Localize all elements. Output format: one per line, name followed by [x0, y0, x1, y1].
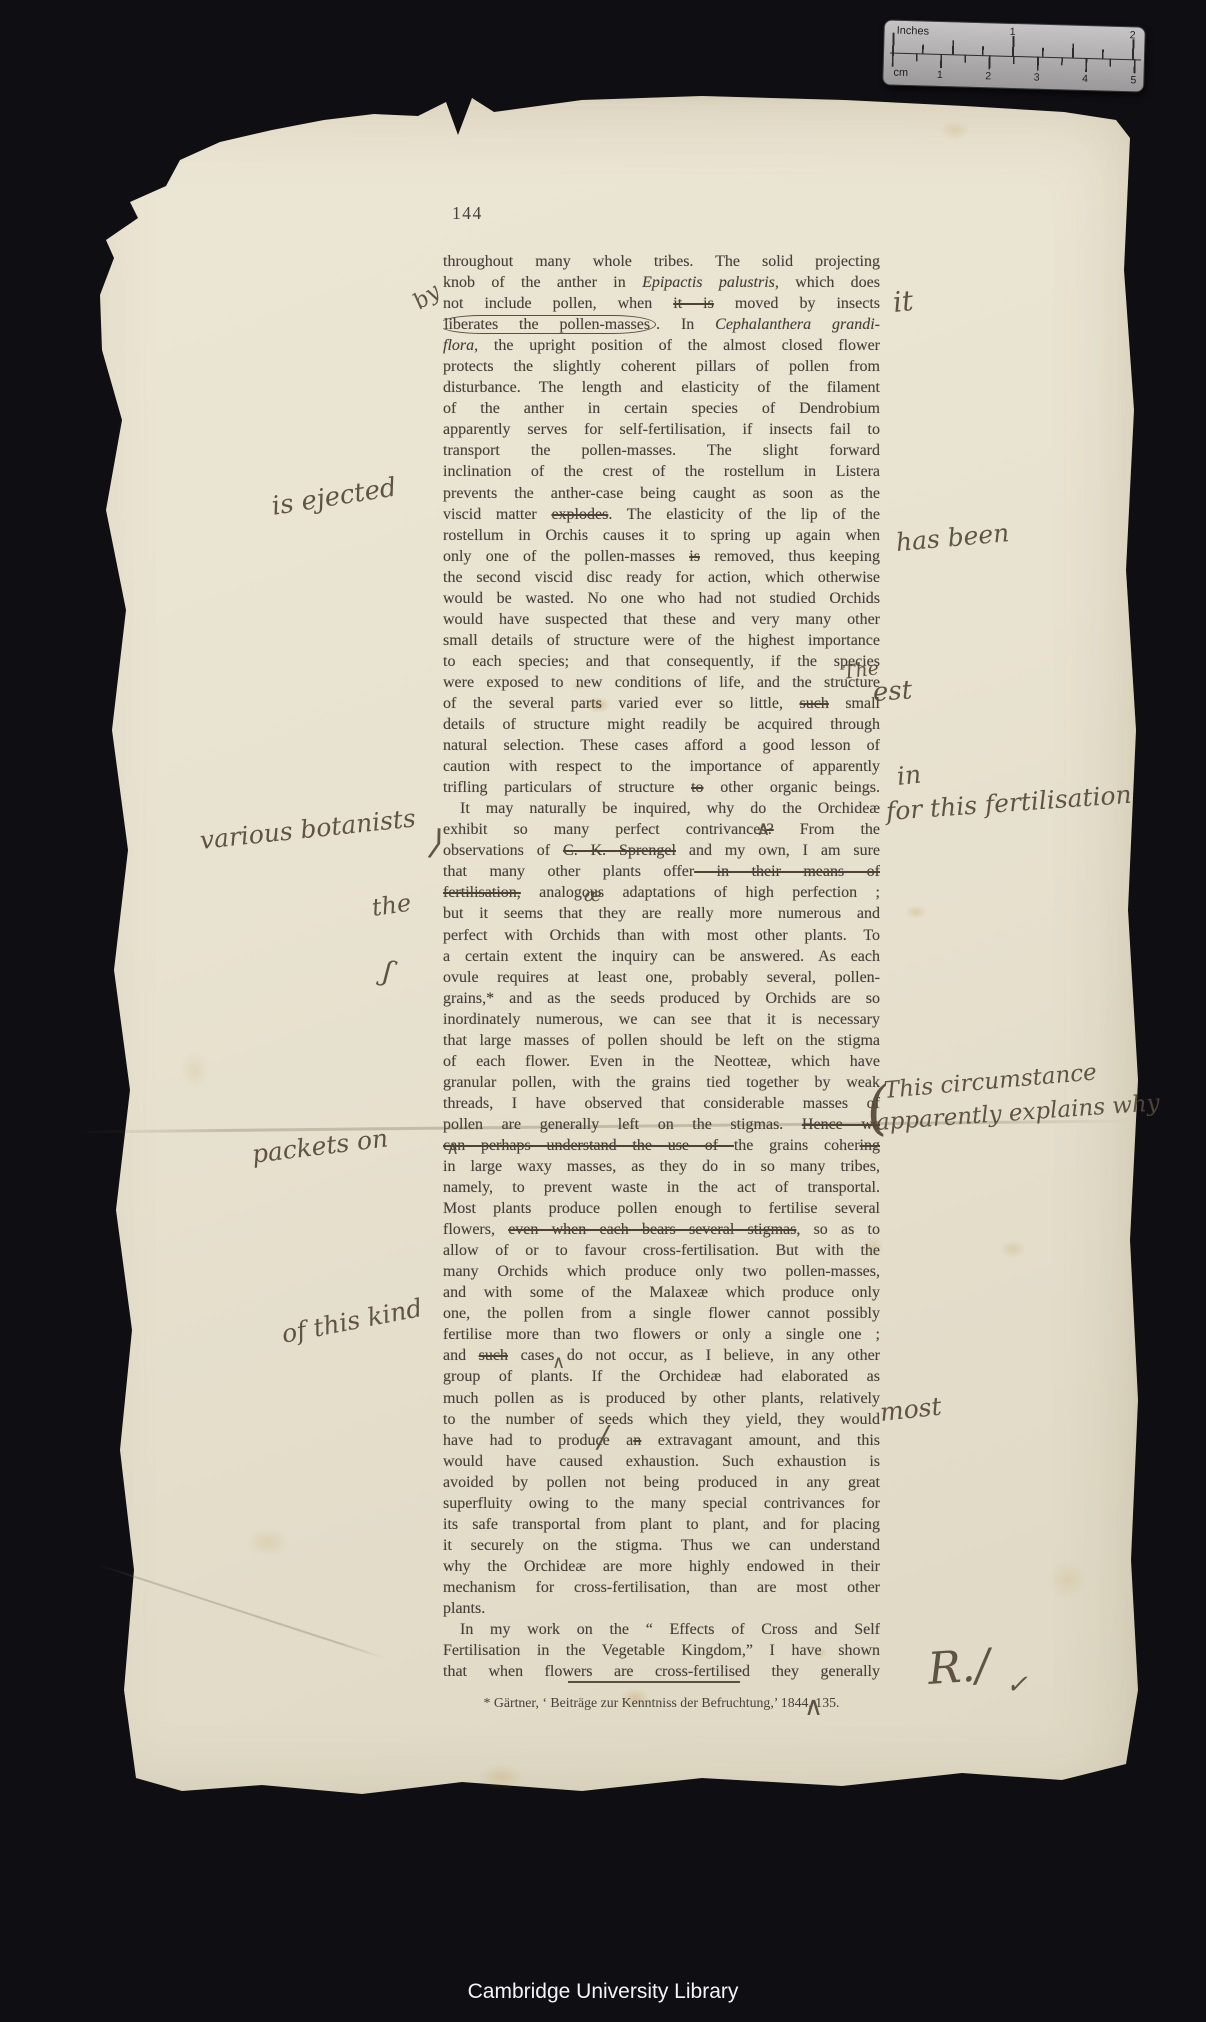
print-line: inclination of the crest of the rostellu…	[443, 461, 880, 482]
italic-text: Epipactis palustris	[642, 274, 775, 291]
print-line: natural selection. These cases afford a …	[443, 735, 880, 756]
print-text: to each species; and that consequently, …	[443, 653, 880, 670]
print-text: much pollen as is produced by other plan…	[443, 1390, 880, 1407]
print-text: threads, I have observed that considerab…	[443, 1095, 880, 1112]
print-text: not include pollen, when	[443, 295, 673, 312]
print-line: apparently serves for self-fertilisation…	[443, 419, 880, 440]
print-text: natural selection. These cases afford a …	[443, 737, 880, 754]
print-line: Most plants produce pollen enough to fer…	[443, 1198, 880, 1219]
stain	[478, 1764, 524, 1790]
print-line: but it seems that they are really more n…	[443, 903, 880, 924]
print-text: From the	[774, 821, 880, 838]
struck-text: it is	[673, 295, 714, 312]
printed-text-block: throughout many whole tribes. The solid …	[443, 251, 880, 1682]
ruler-cm-number: 3	[1034, 72, 1040, 84]
print-line: fertilise more than two flowers or only …	[443, 1324, 880, 1345]
print-line: small details of structure were of the h…	[443, 630, 880, 651]
print-line: viscid matter explodes. The elasticity o…	[443, 504, 880, 525]
print-line: that when flowers are cross-fertilised t…	[443, 1661, 880, 1682]
print-line: much pollen as is produced by other plan…	[443, 1388, 880, 1409]
print-text: were exposed to new conditions of life, …	[443, 674, 880, 691]
print-text: avoided by pollen not being produced in …	[443, 1474, 880, 1491]
print-text: of the several parts varied ever so litt…	[443, 695, 799, 712]
print-text: of the anther in certain species of Dend…	[443, 400, 880, 417]
stain	[180, 1050, 210, 1090]
print-text: caution with respect to the importance o…	[443, 758, 880, 775]
footnote: * Gärtner, ‘ Beiträge zur Kenntniss der …	[423, 1695, 900, 1711]
ruler-cm-number: 1	[937, 69, 943, 81]
ruler-inch-number: 1	[1010, 26, 1016, 38]
print-text: superfluity owing to the many special co…	[443, 1495, 880, 1512]
print-text: Fertilisation in the Vegetable Kingdom,”…	[443, 1642, 880, 1659]
print-text: disturbance. The length and elasticity o…	[443, 379, 880, 396]
footnote-rule	[568, 1681, 740, 1683]
stain	[1048, 1560, 1088, 1600]
print-text: and my own, I am sure	[676, 842, 880, 859]
handwritten-annotation: it	[891, 284, 915, 319]
print-text: removed, thus keeping	[700, 548, 880, 565]
print-text: observations of	[443, 842, 563, 859]
photographed-scan: 144 throughout many whole tribes. The so…	[0, 0, 1206, 2022]
print-text: extravagant amount, and this	[641, 1432, 880, 1449]
print-line: why the Orchideæ are more highly endowed…	[443, 1556, 880, 1577]
print-text: apparently serves for self-fertilisation…	[443, 421, 880, 438]
print-line: namely, to prevent waste in the act of t…	[443, 1177, 880, 1198]
print-text: small details of structure were of the h…	[443, 632, 880, 649]
handwritten-annotation: ∕	[598, 1420, 608, 1455]
print-text: granular pollen, with the grains tied to…	[443, 1074, 880, 1091]
print-line: inordinately numerous, we can see that i…	[443, 1009, 880, 1030]
print-line: caution with respect to the importance o…	[443, 756, 880, 777]
print-text: that when flowers are cross-fertilised t…	[443, 1663, 880, 1680]
measurement-ruler: Inches cm 1212345	[883, 20, 1145, 91]
print-line: would have suspected that these and very…	[443, 609, 880, 630]
print-line: threads, I have observed that considerab…	[443, 1093, 880, 1114]
stain	[1000, 1240, 1026, 1258]
print-text: one, the pollen from a single flower can…	[443, 1305, 880, 1322]
print-text: , the upright position of the almost clo…	[474, 337, 880, 354]
print-text: knob of the anther in	[443, 274, 642, 291]
handwritten-annotation: ∧	[804, 1692, 823, 1722]
print-text: details of structure might readily be ac…	[443, 716, 880, 733]
print-text: . In	[656, 316, 715, 333]
struck-text: such	[799, 695, 828, 712]
print-text: group of plants. If the Orchideæ had ela…	[443, 1368, 880, 1385]
print-text: viscid matter	[443, 506, 551, 523]
print-line: in large waxy masses, as they do in so m…	[443, 1156, 880, 1177]
print-text: grains,* and as the seeds produced by Or…	[443, 990, 880, 1007]
print-line: protects the slightly coherent pillars o…	[443, 356, 880, 377]
print-text: transport the pollen-masses. The slight …	[443, 442, 880, 459]
print-line: avoided by pollen not being produced in …	[443, 1472, 880, 1493]
print-line: to each species; and that consequently, …	[443, 651, 880, 672]
print-line: liberates the pollen-masses. In Cephalan…	[443, 314, 880, 335]
print-text: flowers,	[443, 1221, 508, 1238]
ruler-cm-number: 4	[1082, 73, 1088, 85]
print-text: rostellum in Orchis causes it to spring …	[443, 527, 880, 544]
print-text: inclination of the crest of the rostellu…	[443, 463, 880, 480]
print-text: to the number of seeds which they yield,…	[443, 1411, 880, 1428]
print-text: small	[829, 695, 880, 712]
print-line: mechanism for cross-fertilisation, than …	[443, 1577, 880, 1598]
print-line: throughout many whole tribes. The solid …	[443, 251, 880, 272]
print-text: moved by insects	[714, 295, 880, 312]
handwritten-annotation: ✓	[1006, 1670, 1028, 1700]
print-text: . The elasticity of the lip of the	[608, 506, 880, 523]
print-text: In my work on the “ Effects of Cross and…	[460, 1621, 880, 1638]
print-text: that many other plants offer	[443, 863, 694, 880]
circled-text: liberates the pollen-masses	[443, 315, 656, 334]
print-text: and with some of the Malaxeæ which produ…	[443, 1284, 880, 1301]
print-text: would have suspected that these and very…	[443, 611, 880, 628]
print-text: throughout many whole tribes. The solid …	[443, 253, 880, 270]
handwritten-annotation: the	[370, 889, 413, 922]
print-text: prevents the anther-case being caught as…	[443, 485, 880, 502]
print-text: namely, to prevent waste in the act of t…	[443, 1179, 880, 1196]
print-line: grains,* and as the seeds produced by Or…	[443, 988, 880, 1009]
print-text: the second viscid disc ready for action,…	[443, 569, 880, 586]
print-text: pollen are generally left on the stigmas…	[443, 1116, 802, 1133]
print-text: in large waxy masses, as they do in so m…	[443, 1158, 880, 1175]
print-text: analogous adaptations of high perfection…	[521, 884, 880, 901]
print-text: , which does	[775, 274, 880, 291]
print-text: would have caused exhaustion. Such exhau…	[443, 1453, 880, 1470]
print-text: its safe transportal from plant to plant…	[443, 1516, 880, 1533]
library-credit: Cambridge University Library	[0, 1980, 1206, 2004]
italic-text: Cephalanthera grandi-	[715, 316, 880, 333]
print-line: it securely on the stigma. Thus we can u…	[443, 1535, 880, 1556]
print-text: Most plants produce pollen enough to fer…	[443, 1200, 880, 1217]
print-text: exhibit so many perfect contrivances	[443, 821, 767, 838]
stain	[940, 120, 970, 140]
print-line: flora, the upright position of the almos…	[443, 335, 880, 356]
print-line: pollen are generally left on the stigmas…	[443, 1114, 880, 1135]
print-text: other organic beings.	[704, 779, 880, 796]
print-line: prevents the anther-case being caught as…	[443, 483, 880, 504]
print-line: that many other plants offer in their me…	[443, 861, 880, 882]
print-line: Fertilisation in the Vegetable Kingdom,”…	[443, 1640, 880, 1661]
print-text: It may naturally be inquired, why do the…	[460, 800, 880, 817]
print-line: superfluity owing to the many special co…	[443, 1493, 880, 1514]
print-text: plants.	[443, 1600, 485, 1617]
struck-text: to	[691, 779, 703, 796]
page-number: 144	[452, 203, 483, 224]
print-line: have had to produce an extravagant amoun…	[443, 1430, 880, 1451]
print-line: fertilisation, analogous adaptations of …	[443, 882, 880, 903]
struck-text: even when each bears several stigmas	[508, 1221, 796, 1238]
print-line: trifling particulars of structure to oth…	[443, 777, 880, 798]
print-text: the grains coher	[734, 1137, 860, 1154]
struck-text: is	[689, 548, 700, 565]
print-line: ovule requires at least one, probably se…	[443, 967, 880, 988]
print-text: trifling particulars of structure	[443, 779, 691, 796]
print-line: would be wasted. No one who had not stud…	[443, 588, 880, 609]
print-line: rostellum in Orchis causes it to spring …	[443, 525, 880, 546]
print-line: and such cases do not occur, as I believ…	[443, 1345, 880, 1366]
print-line: of the anther in certain species of Dend…	[443, 398, 880, 419]
print-line: transport the pollen-masses. The slight …	[443, 440, 880, 461]
struck-text: can perhaps understand the use of	[443, 1137, 734, 1154]
italic-text: flora	[443, 337, 474, 354]
print-text: mechanism for cross-fertilisation, than …	[443, 1579, 880, 1596]
print-text: fertilise more than two flowers or only …	[443, 1326, 880, 1343]
print-text: that large masses of pollen should be le…	[443, 1032, 880, 1049]
print-line: knob of the anther in Epipactis palustri…	[443, 272, 880, 293]
struck-text: explodes	[551, 506, 608, 523]
print-line: plants.	[443, 1598, 880, 1619]
print-text: , so as to	[796, 1221, 880, 1238]
print-text: why the Orchideæ are more highly endowed…	[443, 1558, 880, 1575]
ruler-cm-label: cm	[893, 67, 908, 79]
print-line: one, the pollen from a single flower can…	[443, 1303, 880, 1324]
print-line: many Orchids which produce only two poll…	[443, 1261, 880, 1282]
print-line: It may naturally be inquired, why do the…	[443, 798, 880, 819]
ruler-cm-number: 5	[1130, 74, 1136, 86]
handwritten-annotation: æ	[584, 884, 602, 906]
print-line: observations of C. K. Sprengel and my ow…	[443, 840, 880, 861]
struck-text: fertilisation,	[443, 884, 521, 901]
print-text: would be wasted. No one who had not stud…	[443, 590, 880, 607]
struck-text: C. K. Sprengel	[563, 842, 676, 859]
handwritten-annotation: in	[895, 760, 922, 791]
print-text: allow of or to favour cross-fertilisatio…	[443, 1242, 880, 1259]
print-line: can perhaps understand the use of the gr…	[443, 1135, 880, 1156]
print-line: allow of or to favour cross-fertilisatio…	[443, 1240, 880, 1261]
print-line: disturbance. The length and elasticity o…	[443, 377, 880, 398]
print-text: a certain extent the inquiry can be answ…	[443, 948, 880, 965]
print-line: that large masses of pollen should be le…	[443, 1030, 880, 1051]
ruler-cm-number: 2	[985, 70, 991, 82]
struck-text: in their means of	[694, 863, 880, 880]
print-text: of each flower. Even in the Neotteæ, whi…	[443, 1053, 880, 1070]
print-line: of the several parts varied ever so litt…	[443, 693, 880, 714]
handwritten-annotation: ∧	[552, 1352, 565, 1373]
print-line: were exposed to new conditions of life, …	[443, 672, 880, 693]
print-line: the second viscid disc ready for action,…	[443, 567, 880, 588]
print-line: flowers, even when each bears several st…	[443, 1219, 880, 1240]
print-text: but it seems that they are really more n…	[443, 905, 880, 922]
print-line: would have caused exhaustion. Such exhau…	[443, 1451, 880, 1472]
struck-text: such	[479, 1347, 508, 1364]
print-line: to the number of seeds which they yield,…	[443, 1409, 880, 1430]
print-text: protects the slightly coherent pillars o…	[443, 358, 880, 375]
print-line: exhibit so many perfect contrivances? Fr…	[443, 819, 880, 840]
print-line: a certain extent the inquiry can be answ…	[443, 946, 880, 967]
print-text: only one of the pollen-masses	[443, 548, 689, 565]
print-text: inordinately numerous, we can see that i…	[443, 1011, 880, 1028]
print-line: its safe transportal from plant to plant…	[443, 1514, 880, 1535]
print-line: of each flower. Even in the Neotteæ, whi…	[443, 1051, 880, 1072]
ruler-inch-number: 2	[1130, 29, 1136, 41]
handwritten-annotation: R./	[926, 1640, 991, 1695]
print-line: only one of the pollen-masses is removed…	[443, 546, 880, 567]
print-text: it securely on the stigma. Thus we can u…	[443, 1537, 880, 1554]
print-line: In my work on the “ Effects of Cross and…	[443, 1619, 880, 1640]
stain	[905, 905, 927, 919]
handwritten-annotation: ∧	[756, 816, 771, 840]
print-line: group of plants. If the Orchideæ had ela…	[443, 1366, 880, 1387]
print-line: details of structure might readily be ac…	[443, 714, 880, 735]
print-line: not include pollen, when it is moved by …	[443, 293, 880, 314]
print-text: many Orchids which produce only two poll…	[443, 1263, 880, 1280]
print-text: ovule requires at least one, probably se…	[443, 969, 880, 986]
print-line: and with some of the Malaxeæ which produ…	[443, 1282, 880, 1303]
print-line: granular pollen, with the grains tied to…	[443, 1072, 880, 1093]
handwritten-annotation: est	[872, 675, 913, 708]
stain	[246, 1528, 290, 1556]
print-line: perfect with Orchids than with most othe…	[443, 925, 880, 946]
print-text: perfect with Orchids than with most othe…	[443, 927, 880, 944]
print-text: and	[443, 1347, 479, 1364]
handwritten-annotation: ∧	[446, 1138, 459, 1159]
